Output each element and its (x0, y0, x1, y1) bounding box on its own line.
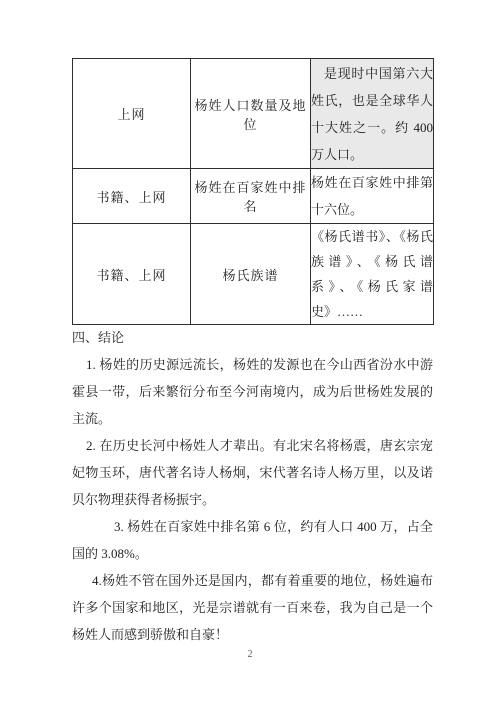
table-cell-item: 杨姓人口数量及地位 (191, 59, 311, 169)
table-cell-item: 杨姓在百家姓中排名 (191, 169, 311, 224)
table-row: 上网 杨姓人口数量及地位 是现时中国第六大姓氏，也是全球华人十大姓之一。约 40… (73, 59, 434, 169)
table-cell-source: 书籍、上网 (73, 169, 191, 224)
research-table: 上网 杨姓人口数量及地位 是现时中国第六大姓氏，也是全球华人十大姓之一。约 40… (72, 58, 434, 325)
conclusion-paragraph: 3. 杨姓在百家姓中排名第 6 位，约有人口 400 万，占全国的 3.08%。 (72, 513, 433, 567)
table-row: 书籍、上网 杨姓在百家姓中排名 杨姓在百家姓中排第十六位。 (73, 169, 434, 224)
table-cell-source: 上网 (73, 59, 191, 169)
table-cell-detail: 《杨氏谱书》、《杨氏族谱》、《杨氏谱系》、《杨氏家谱史》…… (311, 224, 434, 325)
document-page: 上网 杨姓人口数量及地位 是现时中国第六大姓氏，也是全球华人十大姓之一。约 40… (0, 0, 500, 707)
table-cell-detail: 杨姓在百家姓中排第十六位。 (311, 169, 434, 224)
conclusion-section: 四、结论 1. 杨姓的历史源远流长，杨姓的发源也在今山西省汾水中游霍县一带，后来… (72, 324, 433, 648)
table-cell-detail: 是现时中国第六大姓氏，也是全球华人十大姓之一。约 400 万人口。 (311, 59, 434, 169)
section-heading: 四、结论 (72, 324, 433, 351)
table-cell-item: 杨氏族谱 (191, 224, 311, 325)
conclusion-paragraph: 1. 杨姓的历史源远流长，杨姓的发源也在今山西省汾水中游霍县一带，后来繁衍分布至… (72, 351, 433, 432)
conclusion-paragraph: 2. 在历史长河中杨姓人才辈出。有北宋名将杨震，唐玄宗宠妃物玉环，唐代著名诗人杨… (72, 432, 433, 513)
table-row: 书籍、上网 杨氏族谱 《杨氏谱书》、《杨氏族谱》、《杨氏谱系》、《杨氏家谱史》…… (73, 224, 434, 325)
page-number: 2 (0, 649, 500, 660)
conclusion-paragraph: 4.杨姓不管在国外还是国内，都有着重要的地位，杨姓遍布许多个国家和地区，光是宗谱… (72, 567, 433, 648)
table-cell-source: 书籍、上网 (73, 224, 191, 325)
